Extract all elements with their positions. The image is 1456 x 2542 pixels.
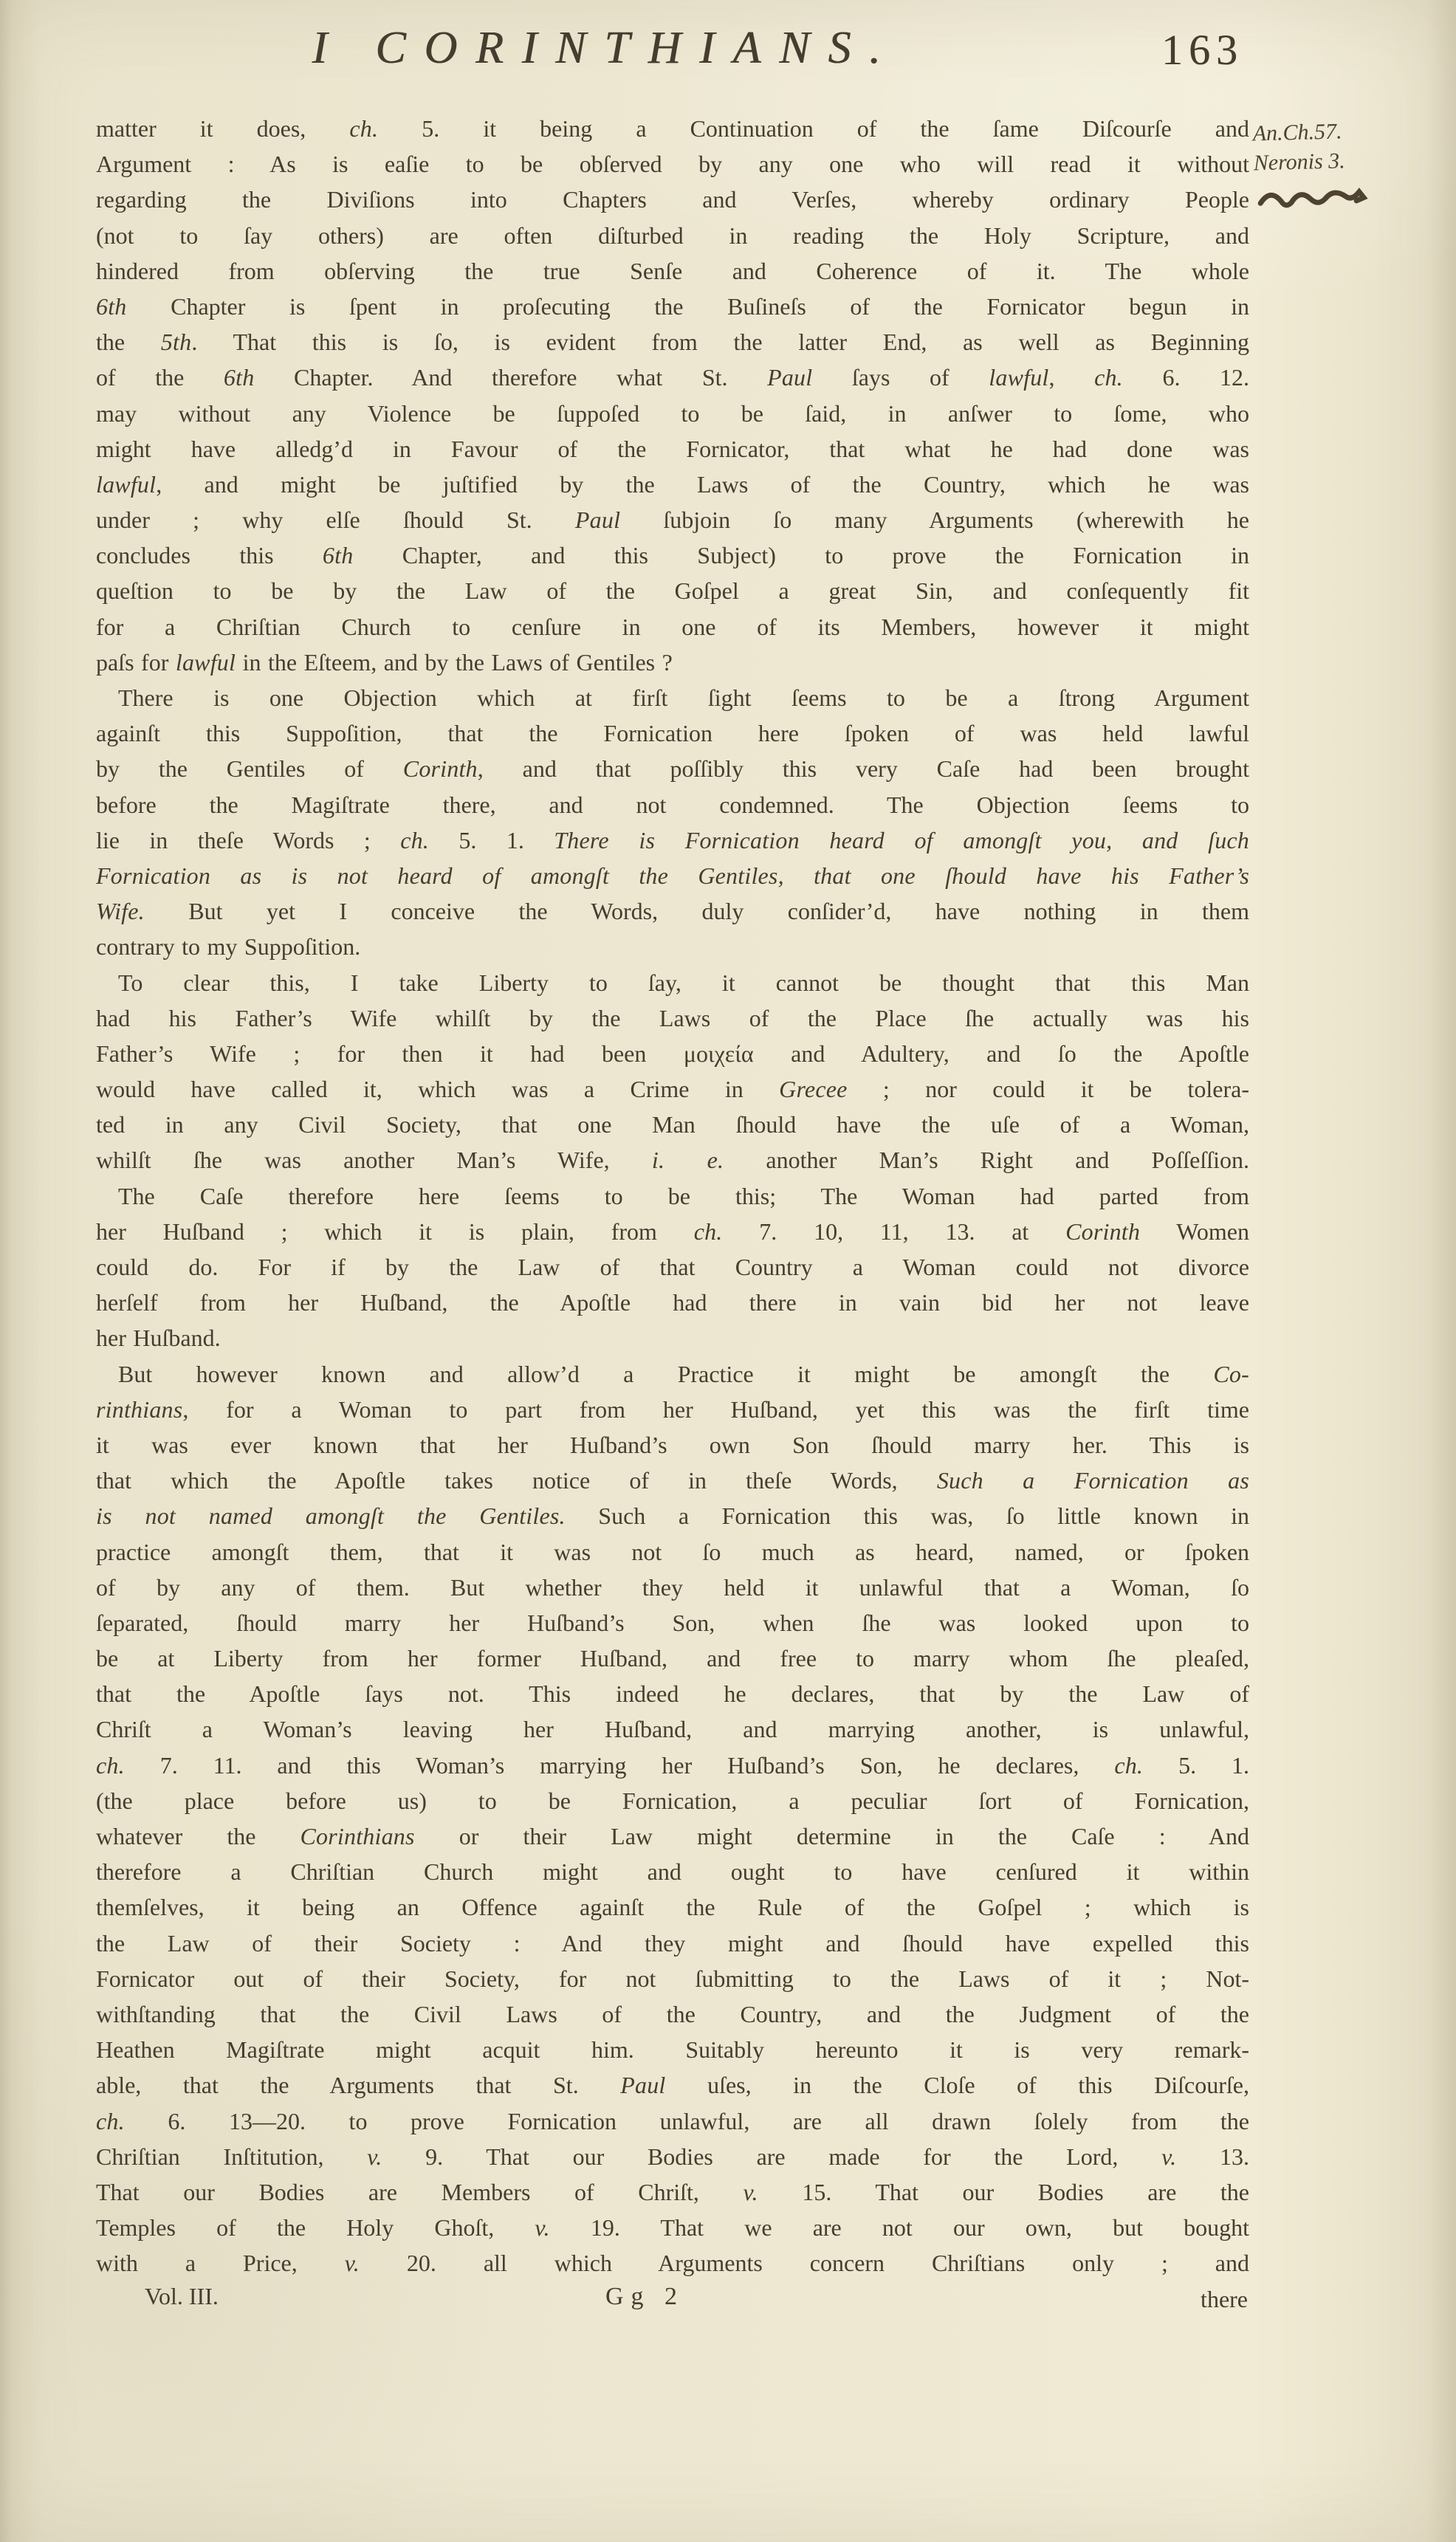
text-line: might have alledg’d in Favour of the For… <box>96 431 1249 467</box>
book-page: I CORINTHIANS. 163 An.Ch.57. Neronis 3. … <box>0 0 1456 2542</box>
text-line: regarding the Diviſions into Chapters an… <box>96 182 1249 217</box>
text-line: Heathen Magiſtrate might acquit him. Sui… <box>96 2032 1249 2067</box>
text-line: for a Chriſtian Church to cenſure in one… <box>96 609 1249 645</box>
text-line: herſelf from her Huſband, the Apoſtle ha… <box>96 1285 1249 1320</box>
paragraph: The Caſe therefore here ſeems to be this… <box>96 1178 1249 1356</box>
margin-note: An.Ch.57. Neronis 3. <box>1252 114 1453 222</box>
text-line: that the Apoſtle ſays not. This indeed h… <box>96 1676 1249 1711</box>
signature-mark: Gg 2 <box>605 2283 684 2311</box>
body-text: matter it does, ch. 5. it being a Contin… <box>96 111 1249 2281</box>
text-line: That our Bodies are Members of Chriſt, v… <box>96 2174 1249 2210</box>
text-line: (the place before us) to be Fornication,… <box>96 1783 1249 1818</box>
text-line: Temples of the Holy Ghoſt, v. 19. That w… <box>96 2210 1249 2245</box>
text-line: To clear this, I take Liberty to ſay, it… <box>96 965 1249 1000</box>
text-line: The Caſe therefore here ſeems to be this… <box>96 1178 1249 1214</box>
text-line: But however known and allow’d a Practice… <box>96 1356 1249 1392</box>
text-line: againſt this Suppoſition, that the Forni… <box>96 715 1249 751</box>
text-line: had his Father’s Wife whilſt by the Laws… <box>96 1000 1249 1036</box>
text-line: of by any of them. But whether they held… <box>96 1570 1249 1605</box>
text-line: ch. 6. 13—20. to prove Fornication unlaw… <box>96 2103 1249 2139</box>
text-line: queſtion to be by the Law of the Goſpel … <box>96 573 1249 608</box>
text-line: lawful, and might be juſtified by the La… <box>96 467 1249 502</box>
text-line: rinthians, for a Woman to part from her … <box>96 1392 1249 1427</box>
paragraph: But however known and allow’d a Practice… <box>96 1356 1249 2281</box>
page-footer: Vol. III. Gg 2 there <box>96 2283 1249 2321</box>
volume-label: Vol. III. <box>145 2283 219 2310</box>
text-line: the 5th. That this is ſo, is evident fro… <box>96 324 1249 360</box>
text-line: ſeparated, ſhould marry her Huſband’s So… <box>96 1605 1249 1641</box>
text-line: Fornicator out of their Society, for not… <box>96 1961 1249 1996</box>
text-line: There is one Objection which at firſt ſi… <box>96 680 1249 715</box>
text-line: her Huſband ; which it is plain, from ch… <box>96 1214 1249 1249</box>
paragraph: To clear this, I take Liberty to ſay, it… <box>96 965 1249 1178</box>
text-line: it was ever known that her Huſband’s own… <box>96 1427 1249 1463</box>
text-line: paſs for lawful in the Eſteem, and by th… <box>96 645 1249 680</box>
text-line: could do. For if by the Law of that Coun… <box>96 1249 1249 1285</box>
text-line: Father’s Wife ; for then it had been μοι… <box>96 1036 1249 1071</box>
text-line: would have called it, which was a Crime … <box>96 1071 1249 1107</box>
text-line: be at Liberty from her former Huſband, a… <box>96 1641 1249 1676</box>
text-line: (not to ſay others) are often diſturbed … <box>96 218 1249 253</box>
text-line: ch. 7. 11. and this Woman’s marrying her… <box>96 1748 1249 1783</box>
text-line: contrary to my Suppoſition. <box>96 929 1249 964</box>
text-line: with a Price, v. 20. all which Arguments… <box>96 2245 1249 2281</box>
text-line: whatever the Corinthians or their Law mi… <box>96 1818 1249 1854</box>
text-line: Chriſt a Woman’s leaving her Huſband, an… <box>96 1711 1249 1747</box>
text-line: Fornication as is not heard of amongſt t… <box>96 858 1249 893</box>
running-title: I CORINTHIANS. <box>236 22 975 75</box>
text-line: withſtanding that the Civil Laws of the … <box>96 1996 1249 2032</box>
text-line: before the Magiſtrate there, and not con… <box>96 787 1249 822</box>
text-line: Wife. But yet I conceive the Words, duly… <box>96 893 1249 929</box>
catchword: there <box>1201 2286 1248 2313</box>
text-line: by the Gentiles of Corinth, and that poſ… <box>96 751 1249 786</box>
paragraph: There is one Objection which at firſt ſi… <box>96 680 1249 965</box>
margin-note-reign: Neronis 3. <box>1253 144 1452 179</box>
text-line: under ; why elſe ſhould St. Paul ſubjoin… <box>96 502 1249 537</box>
text-line: lie in theſe Words ; ch. 5. 1. There is … <box>96 822 1249 858</box>
text-line: practice amongſt them, that it was not ſ… <box>96 1534 1249 1570</box>
text-line: whilſt ſhe was another Man’s Wife, i. e.… <box>96 1142 1249 1178</box>
text-line: therefore a Chriſtian Church might and o… <box>96 1854 1249 1889</box>
text-line: themſelves, it being an Offence againſt … <box>96 1889 1249 1925</box>
text-line: Chriſtian Inſtitution, v. 9. That our Bo… <box>96 2139 1249 2174</box>
text-line: hindered from obſerving the true Senſe a… <box>96 253 1249 289</box>
text-line: that which the Apoſtle takes notice of i… <box>96 1463 1249 1498</box>
text-line: the Law of their Society : And they migh… <box>96 1926 1249 1961</box>
text-line: 6th Chapter is ſpent in proſecuting the … <box>96 289 1249 324</box>
page-header: I CORINTHIANS. 163 <box>96 18 1248 99</box>
page-number: 163 <box>1161 25 1243 75</box>
text-line: concludes this 6th Chapter, and this Sub… <box>96 537 1249 573</box>
text-line: matter it does, ch. 5. it being a Contin… <box>96 111 1249 146</box>
text-line: able, that the Arguments that St. Paul u… <box>96 2067 1249 2103</box>
margin-note-year: An.Ch.57. <box>1252 114 1451 149</box>
text-line: may without any Violence be ſuppoſed to … <box>96 396 1249 431</box>
paragraph: matter it does, ch. 5. it being a Contin… <box>96 111 1249 680</box>
text-line: Argument : As is eaſie to be obſerved by… <box>96 146 1249 182</box>
text-line: of the 6th Chapter. And therefore what S… <box>96 360 1249 395</box>
text-line: is not named amongſt the Gentiles. Such … <box>96 1498 1249 1533</box>
text-line: ted in any Civil Society, that one Man ſ… <box>96 1107 1249 1142</box>
text-line: her Huſband. <box>96 1320 1249 1356</box>
squiggle-flourish-icon <box>1256 181 1375 213</box>
